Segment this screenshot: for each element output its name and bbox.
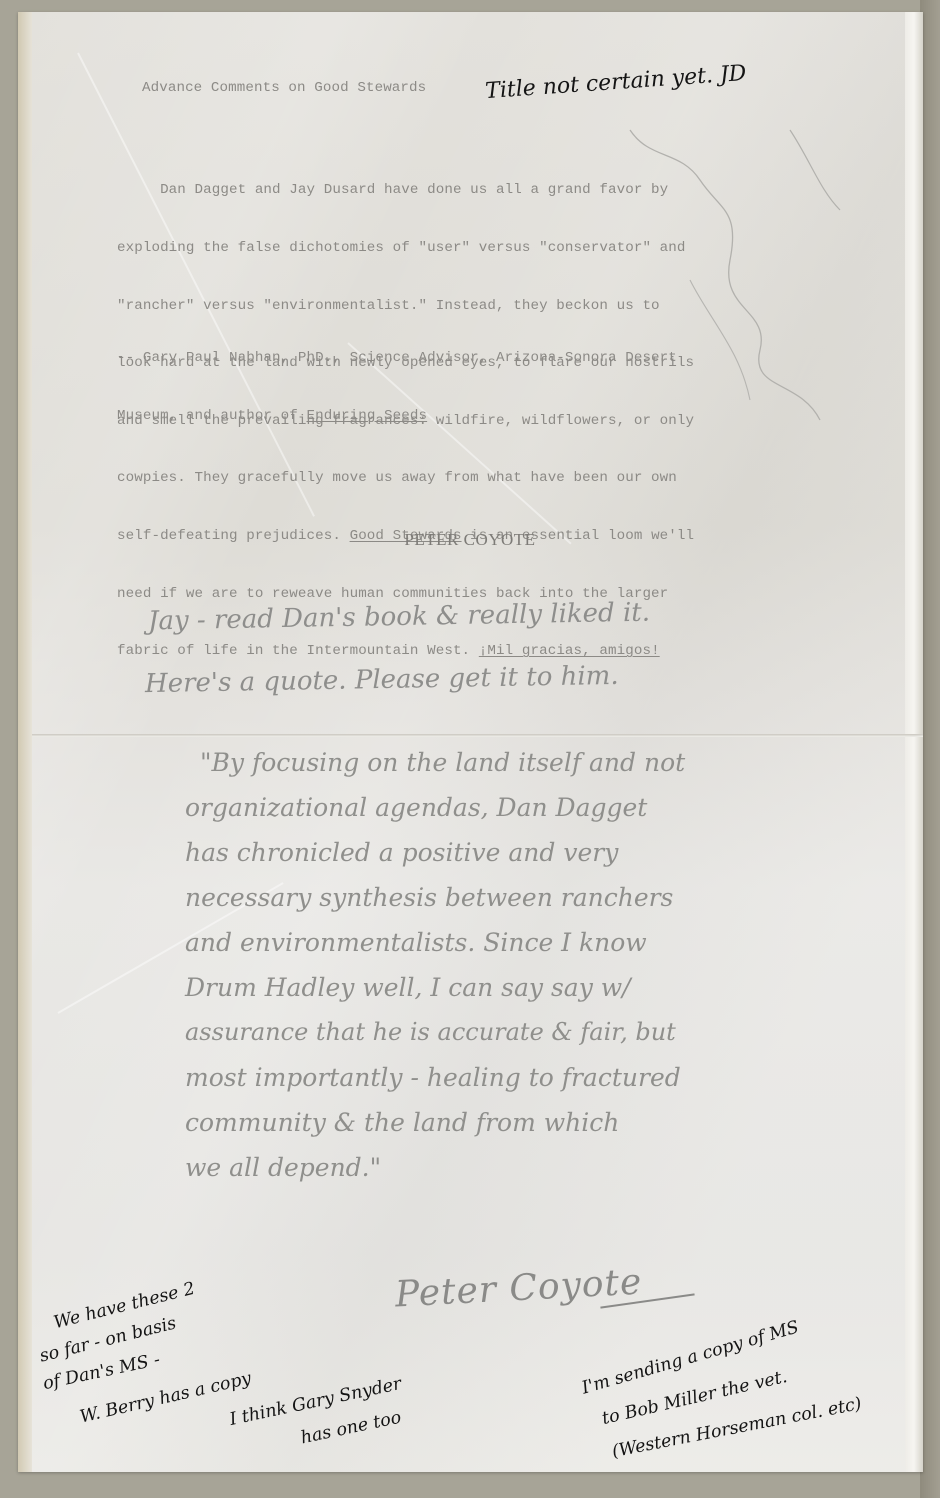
- backdrop: [920, 0, 940, 1498]
- pencil-quote-line: has chronicled a positive and very: [185, 838, 618, 867]
- typed-attribution: -- Gary Paul Nabhan, PhD., Science Advis…: [117, 311, 827, 445]
- attribution-line: -- Gary Paul Nabhan, PhD., Science Advis…: [117, 349, 827, 368]
- pencil-quote-line: necessary synthesis between ranchers: [185, 883, 673, 912]
- pencil-quote-line: "By focusing on the land itself and not: [200, 748, 685, 777]
- pencil-quote-line: assurance that he is accurate & fair, bu…: [185, 1018, 676, 1046]
- typed-line: cowpies. They gracefully move us away fr…: [117, 469, 827, 488]
- typed-line-text: fabric of life in the Intermountain West…: [117, 643, 479, 659]
- attribution-book-title: Enduring Seeds: [307, 408, 428, 424]
- paper-left-edge: [18, 12, 32, 1472]
- attribution-line: Museum, and author of Enduring Seeds: [117, 407, 827, 426]
- pencil-quote-line: community & the land from which: [185, 1108, 619, 1137]
- pencil-quote-line: and environmentalists. Since I know: [185, 928, 647, 957]
- typed-line: Dan Dagget and Jay Dusard have done us a…: [117, 181, 827, 200]
- pencil-quote-line: we all depend.": [185, 1153, 381, 1182]
- attribution-prefix: Museum, and author of: [117, 408, 307, 424]
- typed-line: exploding the false dichotomies of "user…: [117, 239, 827, 258]
- pencil-quote-line: most importantly - healing to fractured: [185, 1063, 681, 1092]
- paper-right-edge: [905, 12, 923, 1472]
- pencil-quote-line: Drum Hadley well, I can say say w/: [185, 973, 631, 1002]
- pencil-quote-line: organizational agendas, Dan Dagget: [185, 793, 647, 822]
- typed-title: Advance Comments on Good Stewards: [142, 79, 426, 98]
- paper-fold-line: [32, 734, 923, 737]
- typed-line: fabric of life in the Intermountain West…: [117, 642, 827, 661]
- letterhead-name: PETER COYOTE: [0, 530, 940, 550]
- closing-underlined: ¡Mil gracias, amigos!: [479, 643, 660, 659]
